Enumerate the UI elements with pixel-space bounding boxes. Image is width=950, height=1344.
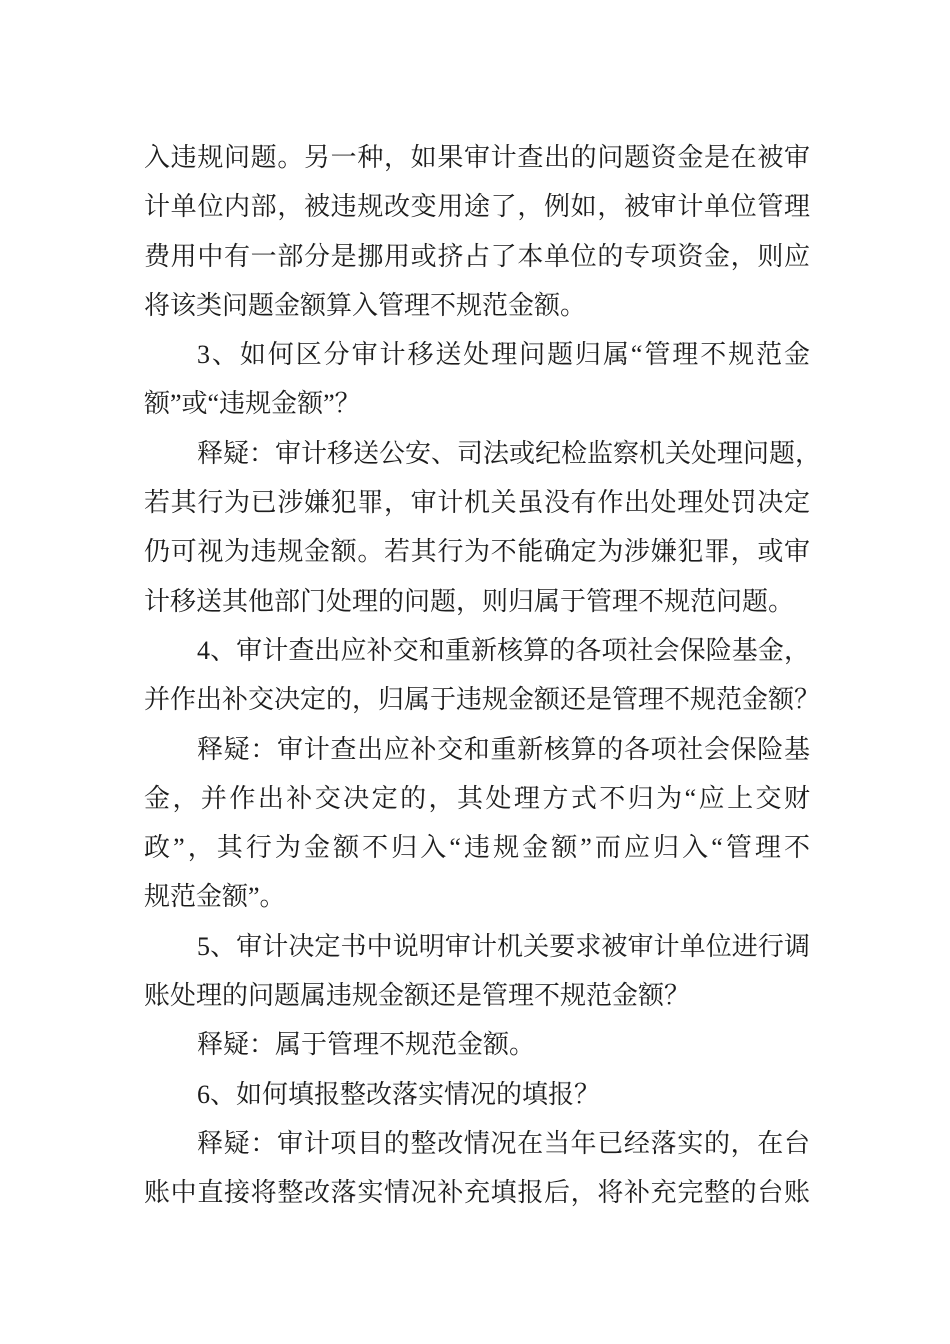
document-line: 4、审计查出应补交和重新核算的各项社会保险基金， <box>144 626 810 675</box>
paragraph-continuation: 入违规问题。另一种，如果审计查出的问题资金是在被审计单位内部，被违规改变用途了，… <box>144 133 810 330</box>
document-line: 释疑：属于管理不规范金额。 <box>144 1020 810 1069</box>
document-line: 5、审计决定书中说明审计机关要求被审计单位进行调 <box>144 922 810 971</box>
document-line: 仍可视为违规金额。若其行为不能确定为涉嫌犯罪，或审 <box>144 527 810 576</box>
document-line: 将该类问题金额算入管理不规范金额。 <box>144 281 810 330</box>
document-body: 入违规问题。另一种，如果审计查出的问题资金是在被审计单位内部，被违规改变用途了，… <box>144 133 810 1218</box>
document-line: 规范金额”。 <box>144 872 810 921</box>
document-line: 政”，其行为金额不归入“违规金额”而应归入“管理不 <box>144 823 810 872</box>
document-line: 计移送其他部门处理的问题，则归属于管理不规范问题。 <box>144 577 810 626</box>
answer-5: 释疑：属于管理不规范金额。 <box>144 1020 810 1069</box>
document-line: 入违规问题。另一种，如果审计查出的问题资金是在被审 <box>144 133 810 182</box>
document-page: 入违规问题。另一种，如果审计查出的问题资金是在被审计单位内部，被违规改变用途了，… <box>0 0 950 1344</box>
question-6: 6、如何填报整改落实情况的填报？ <box>144 1070 810 1119</box>
document-line: 计单位内部，被违规改变用途了，例如，被审计单位管理 <box>144 182 810 231</box>
document-line: 金，并作出补交决定的，其处理方式不归为“应上交财 <box>144 774 810 823</box>
document-line: 6、如何填报整改落实情况的填报？ <box>144 1070 810 1119</box>
answer-3: 释疑：审计移送公安、司法或纪检监察机关处理问题，若其行为已涉嫌犯罪，审计机关虽没… <box>144 429 810 626</box>
question-4: 4、审计查出应补交和重新核算的各项社会保险基金，并作出补交决定的，归属于违规金额… <box>144 626 810 725</box>
document-line: 并作出补交决定的，归属于违规金额还是管理不规范金额？ <box>144 675 810 724</box>
document-line: 账处理的问题属违规金额还是管理不规范金额？ <box>144 971 810 1020</box>
question-3: 3、如何区分审计移送处理问题归属“管理不规范金额”或“违规金额”？ <box>144 330 810 429</box>
document-line: 释疑：审计移送公安、司法或纪检监察机关处理问题， <box>144 429 810 478</box>
answer-4: 释疑：审计查出应补交和重新核算的各项社会保险基金，并作出补交决定的，其处理方式不… <box>144 725 810 922</box>
document-line: 3、如何区分审计移送处理问题归属“管理不规范金 <box>144 330 810 379</box>
document-line: 费用中有一部分是挪用或挤占了本单位的专项资金，则应 <box>144 232 810 281</box>
document-line: 释疑：审计项目的整改情况在当年已经落实的，在台 <box>144 1119 810 1168</box>
document-line: 若其行为已涉嫌犯罪，审计机关虽没有作出处理处罚决定 <box>144 478 810 527</box>
document-line: 额”或“违规金额”？ <box>144 379 810 428</box>
document-line: 账中直接将整改落实情况补充填报后，将补充完整的台账 <box>144 1168 810 1217</box>
answer-6: 释疑：审计项目的整改情况在当年已经落实的，在台账中直接将整改落实情况补充填报后，… <box>144 1119 810 1218</box>
document-line: 释疑：审计查出应补交和重新核算的各项社会保险基 <box>144 725 810 774</box>
question-5: 5、审计决定书中说明审计机关要求被审计单位进行调账处理的问题属违规金额还是管理不… <box>144 922 810 1021</box>
